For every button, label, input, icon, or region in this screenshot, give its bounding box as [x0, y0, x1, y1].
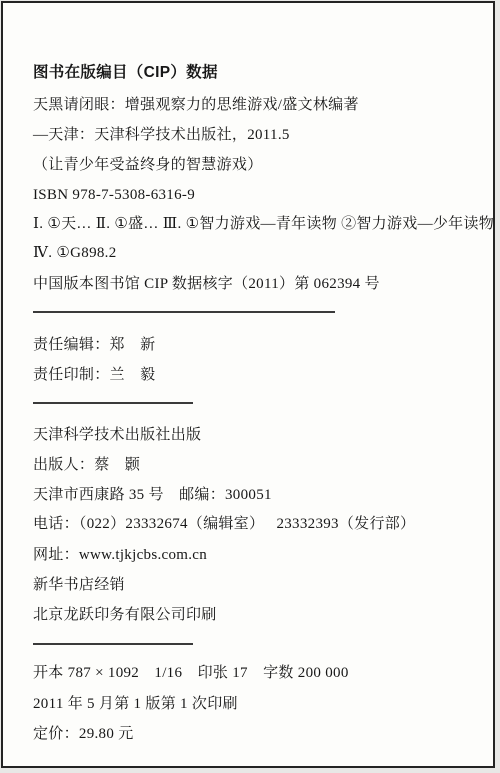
format-line: 开本 787 × 1092 1/16 印张 17 字数 200 000: [33, 663, 349, 683]
print-supervisor-line: 责任印制：兰 毅: [33, 365, 155, 385]
price-line: 定价：29.80 元: [33, 724, 134, 744]
website-line: 网址：www.tjkjcbs.com.cn: [33, 545, 207, 565]
press-line: 天津科学技术出版社出版: [33, 425, 201, 445]
cip-imprint-line: —天津：天津科学技术出版社，2011.5: [33, 125, 290, 145]
cip-title-line: 天黑请闭眼：增强观察力的思维游戏/盛文林编著: [33, 95, 359, 115]
cip-series-line: （让青少年受益终身的智慧游戏）: [33, 155, 263, 175]
edition-line: 2011 年 5 月第 1 版第 1 次印刷: [33, 694, 238, 714]
publisher-name-line: 出版人：蔡 颢: [33, 455, 140, 475]
divider-line-short-1: [33, 402, 193, 404]
divider-line-short-2: [33, 643, 193, 645]
address-line: 天津市西康路 35 号 邮编：300051: [33, 485, 272, 505]
phone-line: 电话：（022）23332674（编辑室） 23332393（发行部）: [33, 514, 415, 534]
cip-classification-line-2: Ⅳ. ①G898.2: [33, 243, 117, 263]
cip-isbn-line: ISBN 978-7-5308-6316-9: [33, 185, 195, 205]
cip-record-line: 中国版本图书馆 CIP 数据核字（2011）第 062394 号: [33, 274, 380, 294]
divider-line-long: [33, 311, 335, 313]
distribution-line: 新华书店经销: [33, 575, 125, 595]
cip-classification-line-1: Ⅰ. ①天… Ⅱ. ①盛… Ⅲ. ①智力游戏—青年读物 ②智力游戏—少年读物: [33, 214, 494, 234]
cip-header: 图书在版编目（CIP）数据: [33, 63, 218, 83]
printing-company-line: 北京龙跃印务有限公司印刷: [33, 605, 217, 625]
copyright-page: 图书在版编目（CIP）数据 天黑请闭眼：增强观察力的思维游戏/盛文林编著 —天津…: [1, 1, 495, 768]
editor-line: 责任编辑：郑 新: [33, 335, 155, 355]
